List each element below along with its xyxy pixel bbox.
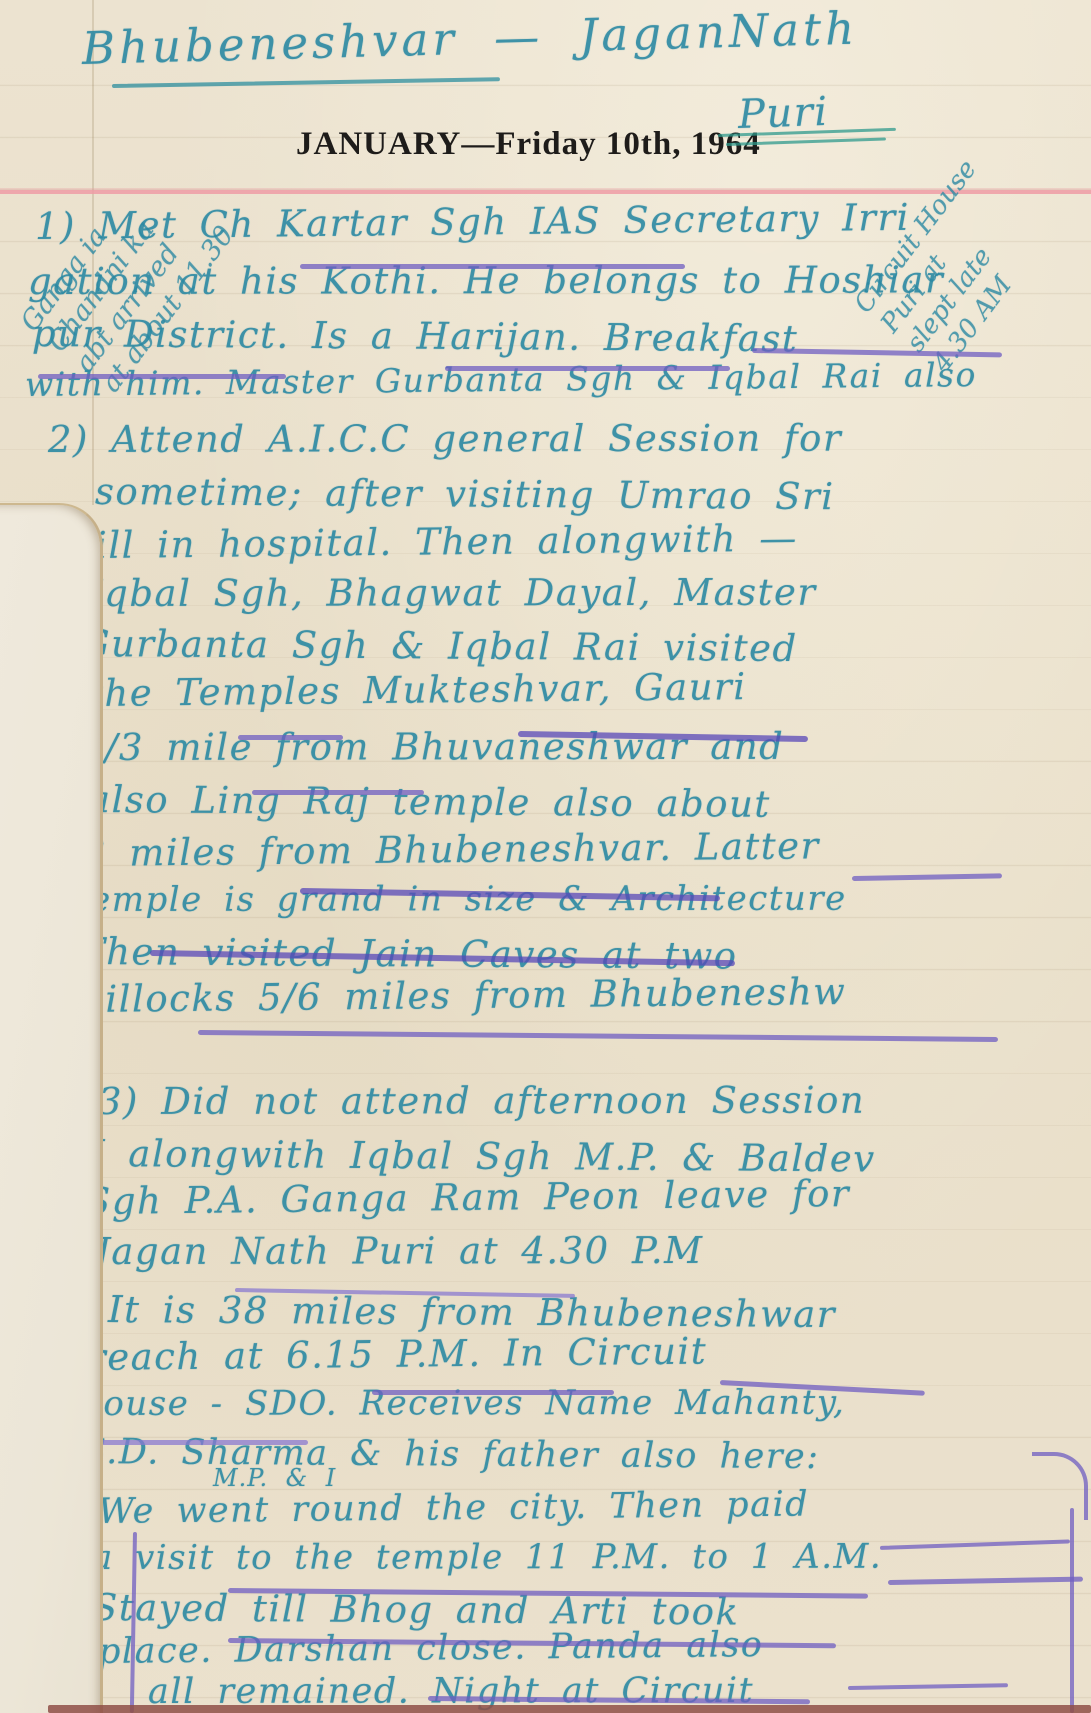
underline-stroke: [252, 790, 424, 795]
inserted-note: M.P. & I: [213, 1464, 336, 1492]
handwritten-line: ill in hospital. Then alongwith —: [95, 517, 798, 567]
underline-stroke: [880, 1539, 1070, 1550]
underline-stroke: [198, 1030, 998, 1042]
handwritten-line: with him. Master Gurbanta Sgh & Iqbal Ra…: [25, 355, 977, 404]
underline-stroke: [445, 366, 730, 371]
diary-page: Bhubeneshvar — JaganNath Puri JANUARY—Fr…: [0, 0, 1091, 1713]
underline-stroke: [38, 374, 286, 379]
handwritten-line: Iqbal Sgh, Bhagwat Dayal, Master: [88, 571, 817, 615]
underline-stroke: [852, 873, 1002, 881]
handwritten-line: pur District. Is a Harijan. Breakfast: [32, 312, 799, 360]
handwritten-line: Jagan Nath Puri at 4.30 P.M: [95, 1229, 704, 1273]
margin-bracket-hook: [1032, 1452, 1088, 1520]
margin-vertical-line: [1070, 1508, 1074, 1713]
scanned-diary-photo: { "header": { "title_line": "Bhubeneshva…: [0, 0, 1091, 1713]
thumb-index-notch: [0, 503, 103, 1713]
handwritten-line: 2/3 mile from Bhuvaneshwar and: [80, 725, 784, 769]
underline-stroke: [888, 1577, 1083, 1585]
handwritten-line: place. Darshan close. Panda also: [98, 1625, 764, 1672]
underline-stroke: [112, 77, 500, 88]
book-edge-strip: [48, 1705, 1091, 1713]
handwritten-line: reach at 6.15 P.M. In Circuit: [88, 1330, 708, 1379]
handwritten-line: 1) Met Ch Kartar Sgh IAS Secretary Irri: [35, 196, 910, 248]
underline-stroke: [300, 264, 685, 269]
printed-date: JANUARY—Friday 10th, 1964: [296, 126, 761, 163]
handwritten-title: Bhubeneshvar — JaganNath: [81, 2, 858, 75]
handwritten-line: Sgh P.A. Ganga Ram Peon leave for: [85, 1172, 851, 1223]
handwritten-line: 2) Attend A.I.C.C general Session for: [48, 417, 842, 461]
handwritten-line: sometime; after visiting Umrao Sri: [95, 470, 835, 518]
handwritten-line: 3 miles from Bhubeneshvar. Latter: [82, 824, 820, 875]
handwritten-line: temple is grand in size & Architecture: [75, 879, 847, 920]
handwritten-line: hillocks 5/6 miles from Bhubeneshw: [80, 970, 847, 1021]
handwritten-line: house - SDO. Receives Name Mahanty,: [80, 1383, 845, 1424]
underline-stroke: [238, 735, 343, 740]
handwritten-line: a visit to the temple 11 P.M. to 1 A.M.: [92, 1537, 882, 1578]
handwritten-line: 3) Did not attend afternoon Session: [98, 1079, 865, 1123]
underline-stroke: [372, 1390, 614, 1395]
handwritten-line: Gurbanta Sgh & Iqbal Rai visited: [80, 622, 798, 670]
handwritten-line: the Temples Mukteshvar, Gauri: [88, 665, 747, 715]
underline-stroke: [848, 1683, 1008, 1690]
handwritten-line: We went round the city. Then paid: [98, 1485, 809, 1532]
handwritten-line: S.D. Sharma & his father also here:: [82, 1432, 820, 1477]
handwritten-line: also Ling Raj temple also about: [88, 778, 771, 826]
